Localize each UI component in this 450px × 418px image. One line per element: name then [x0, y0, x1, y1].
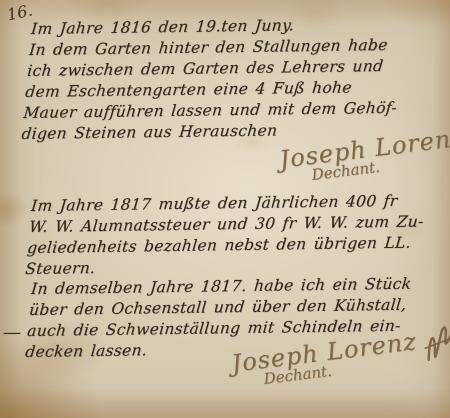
page-number: 16.	[5, 1, 34, 25]
margin-dash: —	[3, 322, 21, 343]
paragraph-1817-tax-entry: Im Jahre 1817 mußte den Jährlichen 400 f…	[24, 190, 446, 280]
signature-paraph-icon	[419, 320, 450, 369]
paragraph-1816-entry: Im Jahre 1816 den 19.ten Juny. In dem Ga…	[21, 13, 447, 145]
manuscript-page: 16. Im Jahre 1816 den 19.ten Juny. In de…	[0, 0, 450, 418]
